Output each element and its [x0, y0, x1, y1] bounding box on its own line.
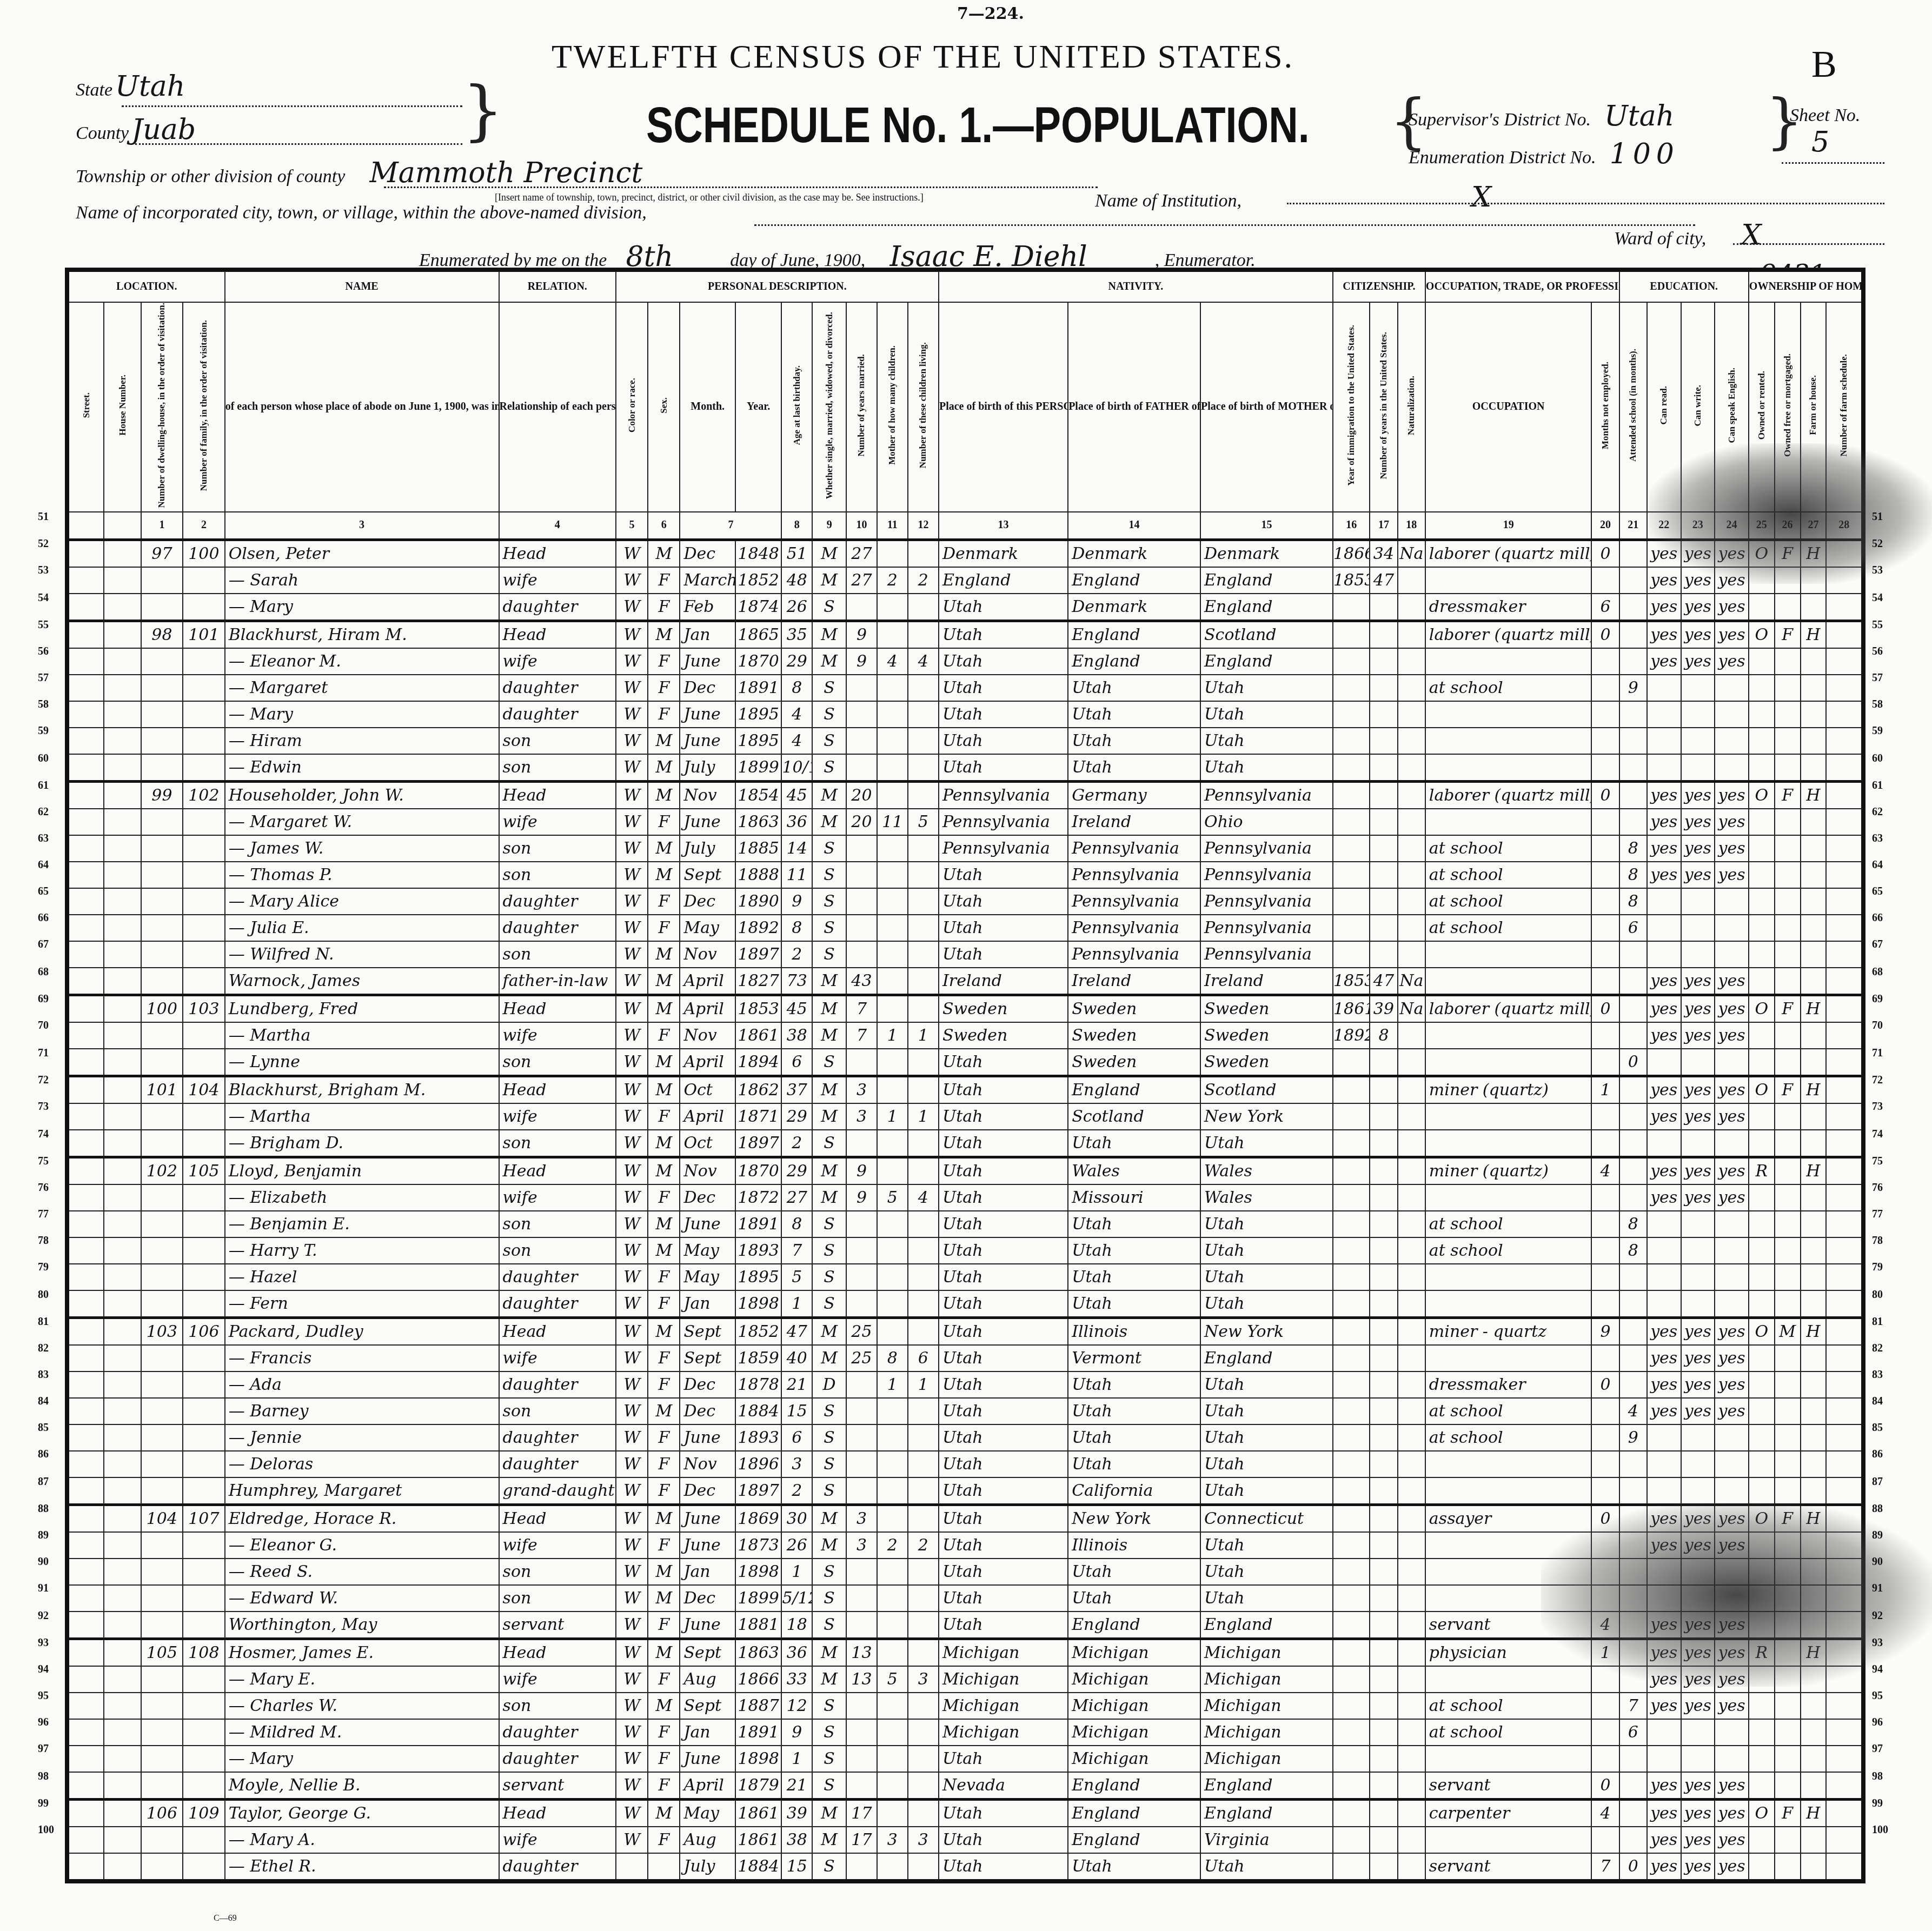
naturalization — [1398, 754, 1425, 782]
occupation: miner (quartz) — [1425, 1157, 1592, 1184]
father-birthplace: Denmark — [1068, 540, 1200, 567]
dwelling-number — [141, 1371, 183, 1398]
birthplace: Utah — [939, 648, 1068, 675]
race: W — [616, 1746, 648, 1772]
children-living — [908, 754, 939, 782]
county-label: County — [76, 123, 129, 143]
birthplace: Sweden — [939, 995, 1068, 1022]
birth-month: Aug — [680, 1827, 735, 1853]
birthplace: Sweden — [939, 1022, 1068, 1049]
table-row: 101104Blackhurst, Brigham M.HeadWMOct186… — [67, 1076, 1863, 1103]
birth-year: 1861 — [735, 1022, 781, 1049]
speaks-english: yes — [1715, 1772, 1749, 1800]
children-living: 4 — [908, 648, 939, 675]
speaks-english: yes — [1715, 1827, 1749, 1853]
owned-rented — [1749, 968, 1775, 995]
free-mortgaged — [1775, 888, 1801, 915]
birthplace: Utah — [939, 1130, 1068, 1157]
farm-schedule — [1826, 1103, 1863, 1130]
can-write — [1681, 1290, 1715, 1318]
immigration-year — [1333, 915, 1370, 941]
father-birthplace: Utah — [1068, 1424, 1200, 1451]
birth-month: Sept — [680, 862, 735, 888]
father-birthplace: England — [1068, 567, 1200, 594]
birth-year: 1898 — [735, 1559, 781, 1585]
mother-of — [877, 915, 908, 941]
sex: M — [648, 1639, 680, 1666]
mother-of — [877, 1585, 908, 1612]
owned-rented — [1749, 862, 1775, 888]
birth-month: April — [680, 968, 735, 995]
attended-school — [1619, 1451, 1647, 1477]
mother-of — [877, 1799, 908, 1827]
occupation: at school — [1425, 835, 1592, 862]
occupation: dressmaker — [1425, 1371, 1592, 1398]
mother-of — [877, 540, 908, 567]
marital-status: M — [812, 1532, 846, 1559]
farm-house — [1801, 1772, 1827, 1800]
street — [67, 1693, 104, 1719]
race: W — [616, 1532, 648, 1559]
father-birthplace: Utah — [1068, 1451, 1200, 1477]
years-married — [846, 1585, 877, 1612]
race: W — [616, 1290, 648, 1318]
house-number — [104, 1666, 141, 1693]
speaks-english — [1715, 701, 1749, 728]
sex: M — [648, 835, 680, 862]
attended-school — [1619, 540, 1647, 567]
column-number: 3 — [225, 512, 499, 540]
age: 10/12 — [781, 754, 812, 782]
line-number: 76 — [38, 1182, 49, 1194]
sex: M — [648, 1237, 680, 1264]
relation: wife — [499, 1184, 616, 1211]
column-number: 9 — [812, 512, 846, 540]
farm-schedule — [1826, 1398, 1863, 1424]
person-name: — Lynne — [225, 1049, 499, 1076]
age: 18 — [781, 1612, 812, 1639]
birth-year: 1891 — [735, 675, 781, 701]
birth-month: Dec — [680, 1371, 735, 1398]
can-read — [1647, 1049, 1681, 1076]
person-name: — Harry T. — [225, 1237, 499, 1264]
farm-schedule — [1826, 1290, 1863, 1318]
free-mortgaged — [1775, 1772, 1801, 1800]
race: W — [616, 1504, 648, 1532]
months-unemployed — [1591, 728, 1619, 754]
column-number — [67, 512, 104, 540]
father-birthplace: Ireland — [1068, 809, 1200, 835]
age: 5/12 — [781, 1585, 812, 1612]
line-number: 55 — [1872, 619, 1883, 631]
mother-of — [877, 995, 908, 1022]
sex: F — [648, 888, 680, 915]
children-living — [908, 675, 939, 701]
father-birthplace: Denmark — [1068, 594, 1200, 621]
dwelling-number: 100 — [141, 995, 183, 1022]
street — [67, 1719, 104, 1746]
family-number — [183, 1398, 225, 1424]
birthplace: Pennsylvania — [939, 781, 1068, 809]
farm-schedule — [1826, 862, 1863, 888]
line-number: 58 — [1872, 698, 1883, 711]
years-in-us — [1370, 1693, 1397, 1719]
birth-month: June — [680, 1532, 735, 1559]
father-birthplace: New York — [1068, 1504, 1200, 1532]
can-read — [1647, 701, 1681, 728]
group-citizenship: CITIZENSHIP. — [1333, 270, 1425, 302]
farm-house — [1801, 728, 1827, 754]
age: 29 — [781, 1103, 812, 1130]
person-name: — James W. — [225, 835, 499, 862]
birthplace: Utah — [939, 1532, 1068, 1559]
farm-schedule — [1826, 1853, 1863, 1881]
race: W — [616, 567, 648, 594]
years-married — [846, 915, 877, 941]
naturalization — [1398, 1049, 1425, 1076]
years-married — [846, 728, 877, 754]
free-mortgaged — [1775, 1237, 1801, 1264]
naturalization — [1398, 675, 1425, 701]
owned-rented — [1749, 1237, 1775, 1264]
sex: F — [648, 1424, 680, 1451]
township-label: Township or other division of county — [76, 167, 345, 187]
line-number: 67 — [38, 938, 49, 951]
line-number: 83 — [38, 1369, 49, 1381]
marital-status: M — [812, 1103, 846, 1130]
children-living — [908, 1237, 939, 1264]
person-name: — Hazel — [225, 1264, 499, 1290]
house-number — [104, 701, 141, 728]
family-number: 108 — [183, 1639, 225, 1666]
relation: son — [499, 1585, 616, 1612]
children-living: 1 — [908, 1103, 939, 1130]
years-married: 3 — [846, 1532, 877, 1559]
children-living — [908, 915, 939, 941]
birth-month: June — [680, 1211, 735, 1237]
line-number: 84 — [38, 1395, 49, 1408]
birth-year: 1870 — [735, 1157, 781, 1184]
age: 9 — [781, 1719, 812, 1746]
house-number — [104, 540, 141, 567]
speaks-english — [1715, 1451, 1749, 1477]
street — [67, 1049, 104, 1076]
years-married — [846, 1398, 877, 1424]
family-number — [183, 754, 225, 782]
naturalization — [1398, 1746, 1425, 1772]
line-number: 67 — [1872, 938, 1883, 951]
race: W — [616, 1585, 648, 1612]
mother-birthplace: Utah — [1200, 1424, 1333, 1451]
table-row: — Julia E.daughterWFMay18928SUtahPennsyl… — [67, 915, 1863, 941]
table-row: — LynnesonWMApril18946SUtahSwedenSweden0 — [67, 1049, 1863, 1076]
relation: son — [499, 728, 616, 754]
relation: Head — [499, 1799, 616, 1827]
father-birthplace: Sweden — [1068, 1049, 1200, 1076]
can-write — [1681, 1424, 1715, 1451]
birth-year: 1881 — [735, 1612, 781, 1639]
col-years-married: Number of years married. — [846, 302, 877, 512]
children-living — [908, 1504, 939, 1532]
years-in-us — [1370, 1290, 1397, 1318]
age: 45 — [781, 995, 812, 1022]
farm-schedule — [1826, 1184, 1863, 1211]
mother-of — [877, 1157, 908, 1184]
marital-status: S — [812, 1049, 846, 1076]
mother-of — [877, 754, 908, 782]
children-living — [908, 594, 939, 621]
dwelling-number — [141, 1451, 183, 1477]
father-birthplace: Michigan — [1068, 1719, 1200, 1746]
can-read: yes — [1647, 1103, 1681, 1130]
person-name: Blackhurst, Brigham M. — [225, 1076, 499, 1103]
relation: daughter — [499, 1746, 616, 1772]
years-married: 9 — [846, 648, 877, 675]
column-number: 13 — [939, 512, 1068, 540]
line-number: 81 — [38, 1316, 49, 1328]
free-mortgaged — [1775, 1157, 1801, 1184]
line-number: 74 — [1872, 1128, 1883, 1141]
line-number: 51 — [38, 511, 49, 523]
person-name: — Barney — [225, 1398, 499, 1424]
house-number — [104, 1639, 141, 1666]
birth-year: 1866 — [735, 1666, 781, 1693]
family-number — [183, 1853, 225, 1881]
speaks-english: yes — [1715, 1853, 1749, 1881]
years-in-us — [1370, 621, 1397, 648]
line-number: 89 — [1872, 1529, 1883, 1542]
dwelling-number: 102 — [141, 1157, 183, 1184]
marital-status: S — [812, 675, 846, 701]
occupation: miner - quartz — [1425, 1317, 1592, 1345]
father-birthplace: Illinois — [1068, 1317, 1200, 1345]
marital-status: S — [812, 1612, 846, 1639]
street — [67, 1827, 104, 1853]
age: 2 — [781, 941, 812, 968]
sex: M — [648, 862, 680, 888]
sex: M — [648, 995, 680, 1022]
years-in-us — [1370, 1398, 1397, 1424]
naturalization — [1398, 1022, 1425, 1049]
line-number: 62 — [38, 806, 49, 818]
free-mortgaged — [1775, 862, 1801, 888]
attended-school: 8 — [1619, 1237, 1647, 1264]
naturalization: Na — [1398, 995, 1425, 1022]
years-married: 25 — [846, 1317, 877, 1345]
birth-month: Sept — [680, 1317, 735, 1345]
relation: Head — [499, 1504, 616, 1532]
race: W — [616, 1639, 648, 1666]
birthplace: Utah — [939, 1237, 1068, 1264]
census-title: TWELFTH CENSUS OF THE UNITED STATES. — [552, 38, 1294, 76]
speaks-english — [1715, 728, 1749, 754]
line-number: 70 — [38, 1020, 49, 1032]
enumeration-value: 100 — [1610, 138, 1679, 170]
years-married — [846, 701, 877, 728]
speaks-english — [1715, 1719, 1749, 1746]
form-number: 7—224. — [957, 4, 1024, 23]
family-number — [183, 1746, 225, 1772]
family-number — [183, 594, 225, 621]
birthplace: Utah — [939, 1264, 1068, 1290]
farm-house — [1801, 754, 1827, 782]
table-row: 98101Blackhurst, Hiram M.HeadWMJan186535… — [67, 621, 1863, 648]
years-married: 20 — [846, 781, 877, 809]
street — [67, 1290, 104, 1318]
marital-status: M — [812, 968, 846, 995]
naturalization — [1398, 781, 1425, 809]
sex: M — [648, 1130, 680, 1157]
street — [67, 862, 104, 888]
immigration-year — [1333, 835, 1370, 862]
family-number — [183, 1022, 225, 1049]
dwelling-number — [141, 1103, 183, 1130]
farm-house: H — [1801, 1317, 1827, 1345]
mother-birthplace: Pennsylvania — [1200, 835, 1333, 862]
birthplace: Utah — [939, 1049, 1068, 1076]
line-number: 69 — [38, 993, 49, 1006]
immigration-year: 1861 — [1333, 995, 1370, 1022]
occupation: at school — [1425, 1211, 1592, 1237]
column-number: 14 — [1068, 512, 1200, 540]
race: W — [616, 701, 648, 728]
age: 51 — [781, 540, 812, 567]
race: W — [616, 1772, 648, 1800]
birth-year: 1827 — [735, 968, 781, 995]
family-number — [183, 1693, 225, 1719]
occupation — [1425, 1345, 1592, 1371]
attended-school — [1619, 968, 1647, 995]
can-write: yes — [1681, 594, 1715, 621]
family-number — [183, 1290, 225, 1318]
table-row: Warnock, Jamesfather-in-lawWMApril182773… — [67, 968, 1863, 995]
marital-status: S — [812, 1451, 846, 1477]
col-street: Street. — [67, 302, 104, 512]
can-read — [1647, 754, 1681, 782]
marital-status: M — [812, 648, 846, 675]
family-number — [183, 1719, 225, 1746]
mother-of — [877, 1290, 908, 1318]
attended-school — [1619, 701, 1647, 728]
column-number: 4 — [499, 512, 616, 540]
years-married — [846, 1451, 877, 1477]
can-write — [1681, 941, 1715, 968]
race: W — [616, 1719, 648, 1746]
children-living — [908, 1799, 939, 1827]
birthplace: Pennsylvania — [939, 835, 1068, 862]
speaks-english — [1715, 915, 1749, 941]
street — [67, 1666, 104, 1693]
marital-status: M — [812, 621, 846, 648]
line-number: 96 — [1872, 1716, 1883, 1729]
months-unemployed: 0 — [1591, 995, 1619, 1022]
birthplace: Ireland — [939, 968, 1068, 995]
birthplace: Michigan — [939, 1666, 1068, 1693]
can-write — [1681, 1746, 1715, 1772]
race: W — [616, 1693, 648, 1719]
line-number: 85 — [1872, 1422, 1883, 1434]
speaks-english: yes — [1715, 594, 1749, 621]
years-married: 13 — [846, 1666, 877, 1693]
sex: F — [648, 915, 680, 941]
marital-status: M — [812, 781, 846, 809]
mother-birthplace: Michigan — [1200, 1719, 1333, 1746]
birth-month: Nov — [680, 1157, 735, 1184]
dwelling-number — [141, 1719, 183, 1746]
person-name: — Benjamin E. — [225, 1211, 499, 1237]
birth-year: 1854 — [735, 781, 781, 809]
mother-birthplace: Utah — [1200, 1290, 1333, 1318]
occupation — [1425, 1130, 1592, 1157]
sex: F — [648, 1532, 680, 1559]
age: 11 — [781, 862, 812, 888]
years-in-us — [1370, 648, 1397, 675]
can-read: yes — [1647, 968, 1681, 995]
years-married: 43 — [846, 968, 877, 995]
age: 29 — [781, 648, 812, 675]
can-write — [1681, 1264, 1715, 1290]
birthplace: Nevada — [939, 1772, 1068, 1800]
naturalization — [1398, 1559, 1425, 1585]
mother-of — [877, 621, 908, 648]
naturalization — [1398, 1184, 1425, 1211]
table-row: — Thomas P.sonWMSept188811SUtahPennsylva… — [67, 862, 1863, 888]
children-living: 3 — [908, 1827, 939, 1853]
months-unemployed — [1591, 1477, 1619, 1505]
person-name: — Edward W. — [225, 1585, 499, 1612]
line-number: 54 — [1872, 592, 1883, 604]
years-in-us: 39 — [1370, 995, 1397, 1022]
relation: daughter — [499, 594, 616, 621]
marital-status: M — [812, 995, 846, 1022]
sex: F — [648, 1103, 680, 1130]
person-name: — Elizabeth — [225, 1184, 499, 1211]
owned-rented — [1749, 1693, 1775, 1719]
race: W — [616, 1612, 648, 1639]
footer-code: C—69 — [214, 1914, 237, 1923]
farm-house — [1801, 1451, 1827, 1477]
race: W — [616, 1130, 648, 1157]
relation: Head — [499, 781, 616, 809]
line-number: 72 — [1872, 1074, 1883, 1087]
ward-field: Ward of city, X — [1614, 219, 1761, 251]
children-living: 6 — [908, 1345, 939, 1371]
mother-birthplace: Denmark — [1200, 540, 1333, 567]
street — [67, 1211, 104, 1237]
immigration-year — [1333, 888, 1370, 915]
birth-month: April — [680, 1772, 735, 1800]
street — [67, 675, 104, 701]
family-number — [183, 1049, 225, 1076]
line-number: 59 — [1872, 725, 1883, 737]
schedule-title: SCHEDULE No. 1.—POPULATION. — [646, 97, 1310, 154]
owned-rented — [1749, 701, 1775, 728]
mother-of — [877, 1504, 908, 1532]
farm-house — [1801, 1477, 1827, 1505]
birth-month: Feb — [680, 594, 735, 621]
age: 48 — [781, 567, 812, 594]
birthplace: Utah — [939, 1477, 1068, 1505]
children-living — [908, 1559, 939, 1585]
marital-status: S — [812, 594, 846, 621]
father-birthplace: Michigan — [1068, 1693, 1200, 1719]
house-number — [104, 1504, 141, 1532]
race: W — [616, 781, 648, 809]
street — [67, 1451, 104, 1477]
sex: F — [648, 1290, 680, 1318]
years-in-us — [1370, 1237, 1397, 1264]
mother-of: 1 — [877, 1022, 908, 1049]
